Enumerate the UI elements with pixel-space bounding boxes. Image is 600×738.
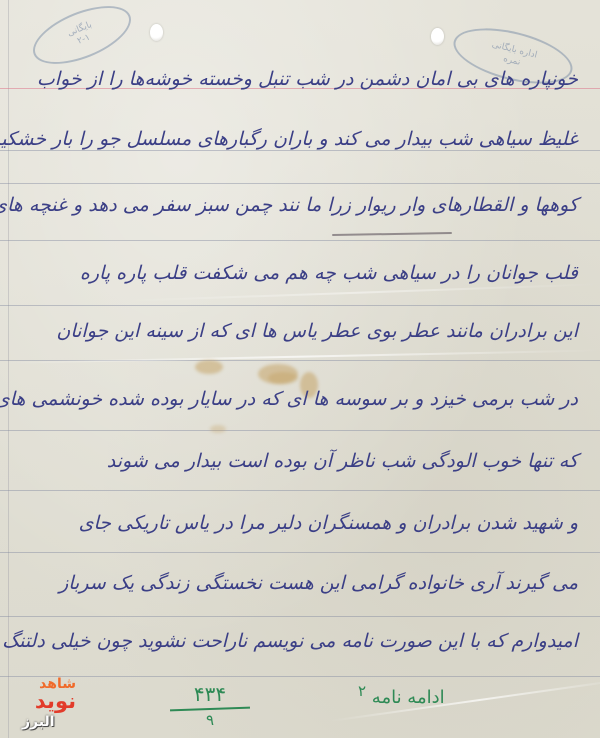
left-margin-line (8, 0, 9, 738)
paper-crease (0, 349, 600, 364)
rule-line (0, 240, 600, 241)
letter-line-10: امیدوارم که با این صورت نامه می نویسم نا… (2, 630, 578, 652)
letter-line-8: و شهید شدن برادران و همسنگران دلیر مرا د… (79, 512, 578, 534)
letter-line-5: این برادران مانند عطر بوی عطر یاس ها ای … (56, 320, 578, 342)
navid-shahed-alborz-logo: شاهد نوید البرز (18, 676, 78, 734)
letter-line-1: خونپاره های بی امان دشمن در شب تنبل وخست… (37, 68, 578, 90)
rule-line (0, 490, 600, 491)
coffee-stain (268, 372, 298, 384)
rule-line (0, 305, 600, 306)
page-number-numerator: ۴۳۴ (170, 682, 250, 706)
logo-word-navid: نوید (35, 689, 76, 713)
letter-line-2: غلیظ سیاهی شب بیدار می کند و باران رگبار… (0, 128, 578, 150)
letter-line-7: که تنها خوب الودگی شب ناظر آن بوده است ب… (107, 450, 578, 472)
page-number-denominator: ۹ (170, 712, 250, 728)
coffee-stain (195, 360, 223, 374)
rule-line (0, 676, 600, 677)
continued-mark: ۲ (358, 682, 366, 700)
underline-mark (332, 232, 452, 236)
continued-note: ادامه نامه ۲ (358, 682, 445, 708)
letter-line-9: می گیرند آری خانواده گرامی این هست نخستگ… (59, 572, 578, 594)
paper-crease (120, 283, 600, 302)
rule-line (0, 430, 600, 431)
rule-line (0, 183, 600, 184)
rule-line (0, 150, 600, 151)
letter-line-6: در شب برمی خیزد و بر سوسه ها ای که در سا… (0, 388, 578, 410)
coffee-stain (210, 425, 226, 433)
punch-hole (431, 28, 444, 45)
punch-hole (150, 24, 163, 41)
rule-line (0, 616, 600, 617)
rule-line (0, 552, 600, 553)
archive-stamp-left: بایگانی ۲-۱ (25, 0, 139, 76)
continued-label: ادامه نامه (372, 687, 445, 708)
page-number-fraction: ۴۳۴ ۹ (170, 682, 250, 728)
letter-line-4: قلب جوانان را در سیاهی شب چه هم می شکفت … (80, 262, 578, 284)
letter-line-3: کوهها و القطارهای وار ریوار زرا ما نند چ… (0, 194, 578, 216)
letter-page: بایگانی ۲-۱ اداره بایگانی نمره خونپاره ه… (0, 0, 600, 738)
logo-word-alborz: البرز (22, 714, 55, 730)
